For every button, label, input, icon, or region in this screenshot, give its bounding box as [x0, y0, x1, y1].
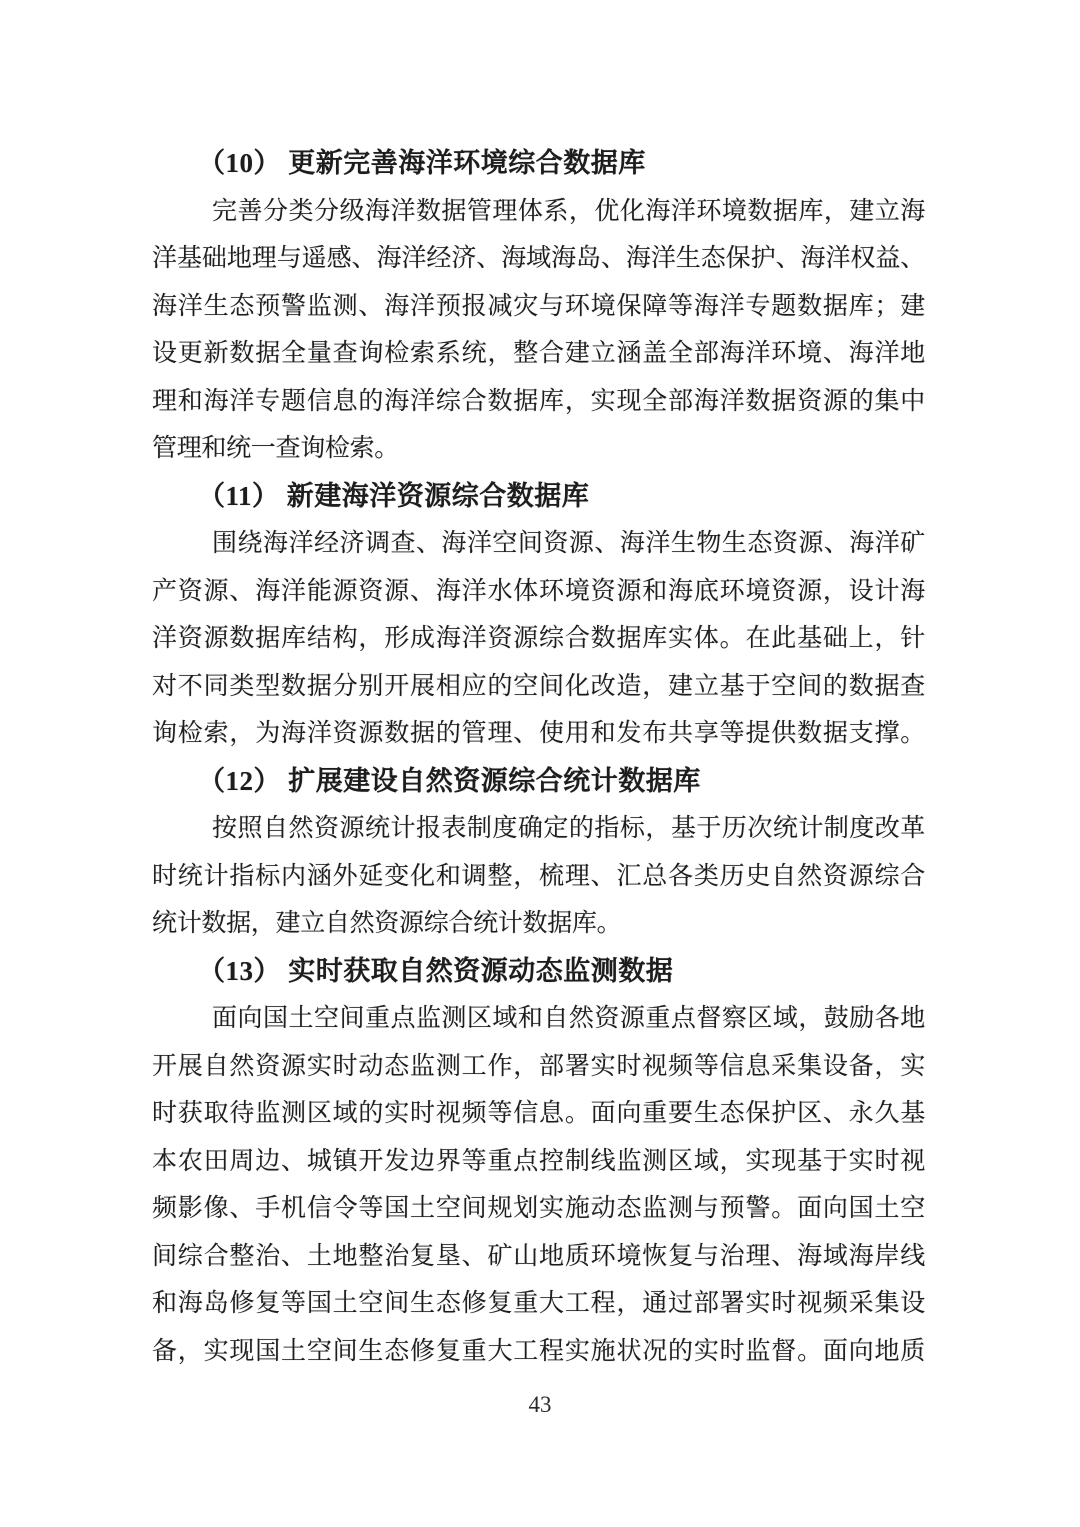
section-heading: （10） 更新完善海洋环境综合数据库 — [152, 140, 925, 188]
section-heading: （13） 实时获取自然资源动态监测数据 — [152, 948, 925, 996]
section-10: （10） 更新完善海洋环境综合数据库 完善分类分级海洋数据管理体系，优化海洋环境… — [152, 140, 925, 473]
text-line: 本农田周边、城镇开发边界等重点控制线监测区域，实现基于实时视 — [152, 1138, 925, 1186]
text-line: 对不同类型数据分别开展相应的空间化改造，建立基于空间的数据查 — [152, 663, 925, 711]
section-11: （11） 新建海洋资源综合数据库 围绕海洋经济调查、海洋空间资源、海洋生物生态资… — [152, 473, 925, 758]
text-line: 设更新数据全量查询检索系统，整合建立涵盖全部海洋环境、海洋地 — [152, 330, 925, 378]
section-heading: （11） 新建海洋资源综合数据库 — [152, 473, 925, 521]
text-line: 时统计指标内涵外延变化和调整，梳理、汇总各类历史自然资源综合 — [152, 853, 925, 901]
text-line: 产资源、海洋能源资源、海洋水体环境资源和海底环境资源，设计海 — [152, 568, 925, 616]
text-line: 洋基础地理与遥感、海洋经济、海域海岛、海洋生态保护、海洋权益、 — [152, 235, 925, 283]
content-column: （10） 更新完善海洋环境综合数据库 完善分类分级海洋数据管理体系，优化海洋环境… — [152, 140, 925, 1375]
text-line: 统计数据，建立自然资源综合统计数据库。 — [152, 900, 925, 948]
text-line: 间综合整治、土地整治复垦、矿山地质环境恢复与治理、海域海岸线 — [152, 1233, 925, 1281]
text-line: 频影像、手机信令等国土空间规划实施动态监测与预警。面向国土空 — [152, 1185, 925, 1233]
text-line: 面向国土空间重点监测区域和自然资源重点督察区域，鼓励各地 — [152, 995, 925, 1043]
text-line: 按照自然资源统计报表制度确定的指标，基于历次统计制度改革 — [152, 805, 925, 853]
text-line: 海洋生态预警监测、海洋预报减灾与环境保障等海洋专题数据库；建 — [152, 283, 925, 331]
page-number: 43 — [0, 1390, 1080, 1420]
document-page: （10） 更新完善海洋环境综合数据库 完善分类分级海洋数据管理体系，优化海洋环境… — [0, 0, 1080, 1527]
section-heading: （12） 扩展建设自然资源综合统计数据库 — [152, 758, 925, 806]
text-line: 洋资源数据库结构，形成海洋资源综合数据库实体。在此基础上，针 — [152, 615, 925, 663]
section-12: （12） 扩展建设自然资源综合统计数据库 按照自然资源统计报表制度确定的指标，基… — [152, 758, 925, 948]
text-line: 围绕海洋经济调查、海洋空间资源、海洋生物生态资源、海洋矿 — [152, 520, 925, 568]
text-line: 开展自然资源实时动态监测工作，部署实时视频等信息采集设备，实 — [152, 1043, 925, 1091]
text-line: 完善分类分级海洋数据管理体系，优化海洋环境数据库，建立海 — [152, 188, 925, 236]
text-line: 询检索，为海洋资源数据的管理、使用和发布共享等提供数据支撑。 — [152, 710, 925, 758]
text-line: 管理和统一查询检索。 — [152, 425, 925, 473]
section-13: （13） 实时获取自然资源动态监测数据 面向国土空间重点监测区域和自然资源重点督… — [152, 948, 925, 1376]
text-line: 备，实现国土空间生态修复重大工程实施状况的实时监督。面向地质 — [152, 1328, 925, 1376]
text-line: 理和海洋专题信息的海洋综合数据库，实现全部海洋数据资源的集中 — [152, 378, 925, 426]
text-line: 和海岛修复等国土空间生态修复重大工程，通过部署实时视频采集设 — [152, 1280, 925, 1328]
text-line: 时获取待监测区域的实时视频等信息。面向重要生态保护区、永久基 — [152, 1090, 925, 1138]
